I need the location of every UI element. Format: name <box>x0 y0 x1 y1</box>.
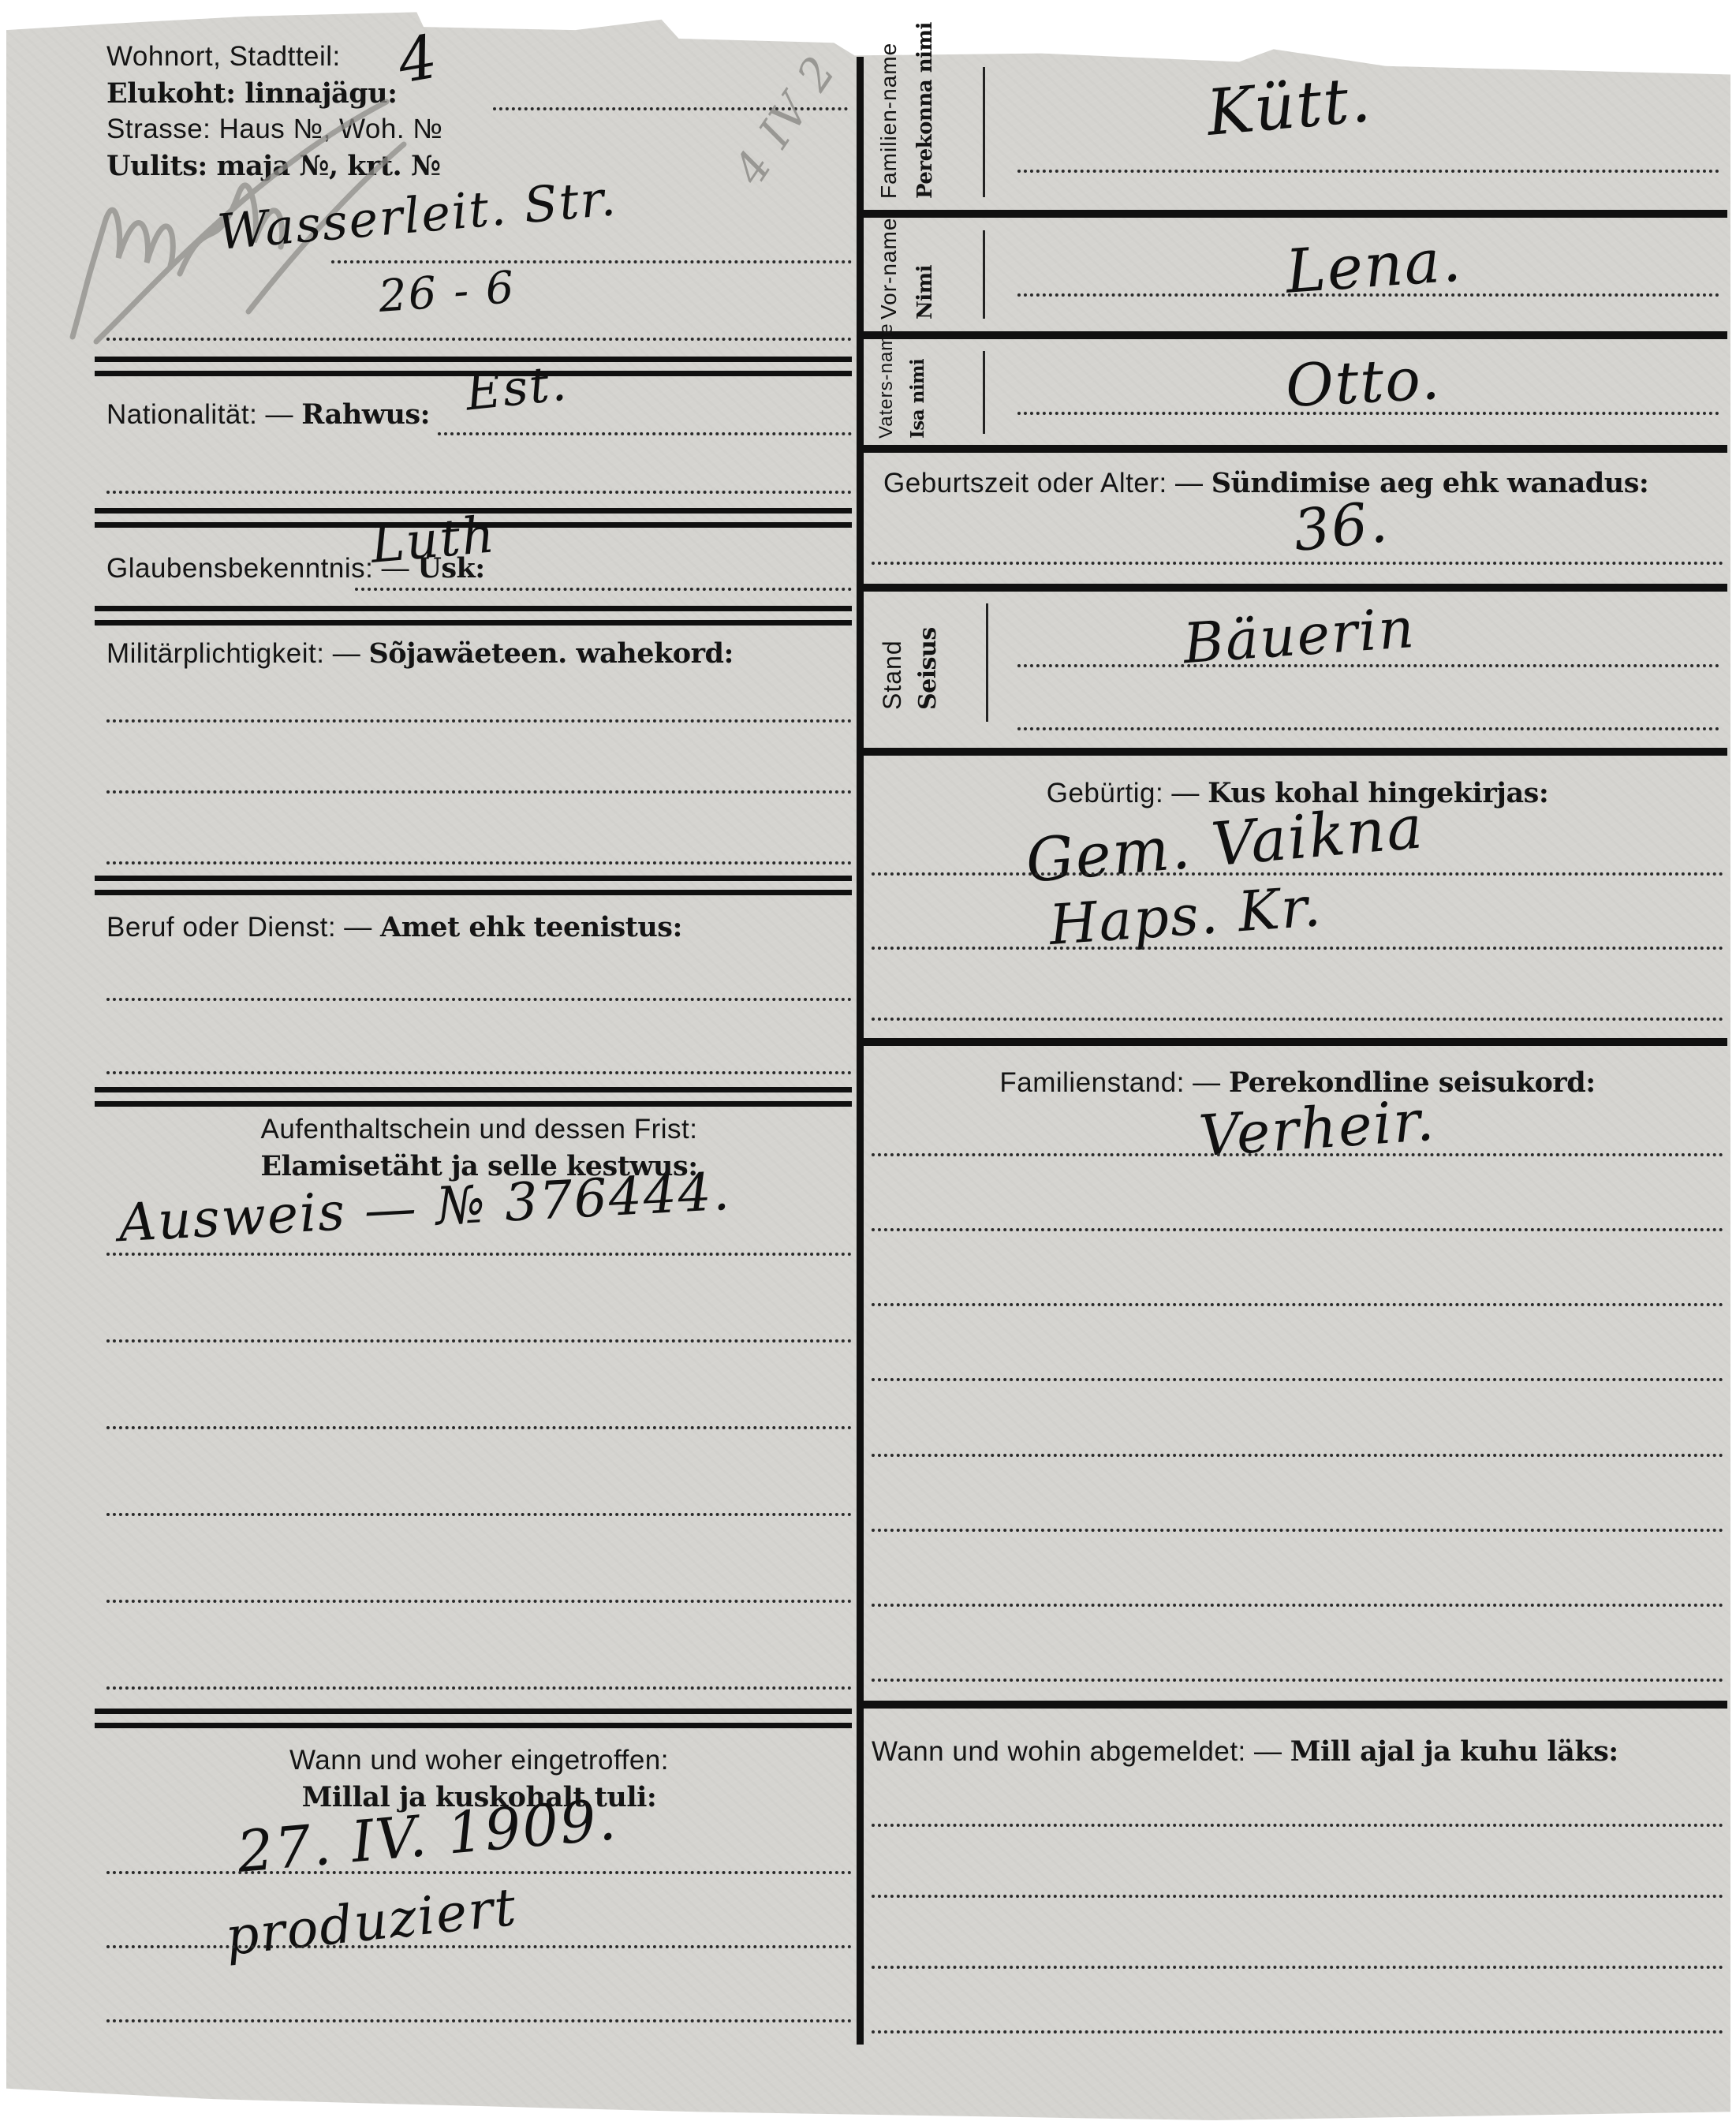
father-name-value: Otto. <box>1284 345 1443 420</box>
dotted-line <box>106 998 852 1001</box>
dotted-line <box>872 1378 1723 1381</box>
column-divider <box>857 57 864 2045</box>
dotted-line <box>1017 727 1719 730</box>
family-status-label: Familienstand: — Perekondline seisukord: <box>872 1066 1723 1099</box>
dotted-line <box>106 1686 852 1690</box>
estate-label: Stand Seisus <box>874 627 946 710</box>
dotted-line <box>106 338 852 341</box>
dotted-line <box>106 861 852 865</box>
dotted-line <box>106 2019 852 2022</box>
nationality-value: Est. <box>463 353 571 421</box>
section-rule <box>95 1101 852 1107</box>
dotted-line <box>872 1303 1723 1306</box>
dotted-line <box>106 491 852 494</box>
dotted-line <box>106 1071 852 1074</box>
section-rule <box>95 620 852 626</box>
dotted-line <box>872 1529 1723 1532</box>
section-rule <box>864 748 1727 756</box>
dotted-line <box>106 1513 852 1516</box>
dotted-line <box>1017 412 1719 415</box>
birth-value: 36. <box>1290 488 1392 564</box>
dotted-line <box>872 2030 1723 2034</box>
permit-label-de: Aufenthaltschein und dessen Frist: <box>106 1114 852 1145</box>
dotted-line <box>438 432 852 435</box>
label-divider-rule <box>983 230 985 319</box>
dotted-line <box>106 1426 852 1429</box>
section-rule <box>864 1701 1727 1709</box>
dotted-line <box>872 1679 1723 1682</box>
dotted-line <box>872 1966 1723 1969</box>
dotted-line <box>872 1153 1723 1156</box>
family-name-label: Familien-name Perekonna nimi <box>871 22 943 199</box>
label-divider-rule <box>986 603 988 722</box>
nationality-label: Nationalität: — Rahwus: <box>106 398 430 431</box>
section-rule <box>95 1723 852 1728</box>
section-rule <box>95 606 852 611</box>
dotted-line <box>1017 664 1719 667</box>
section-rule <box>864 331 1727 339</box>
section-rule <box>864 584 1727 592</box>
section-rule <box>864 210 1727 218</box>
father-name-label: Vaters-name Isa nimi <box>871 323 934 439</box>
dotted-line <box>1017 170 1719 173</box>
dotted-line <box>872 1018 1723 1021</box>
dotted-line <box>106 1871 852 1874</box>
dotted-line <box>106 1253 852 1256</box>
dotted-line <box>872 947 1723 950</box>
dotted-line <box>872 1228 1723 1231</box>
registration-card-scan: Wohnort, Stadtteil: Elukoht: linnajägu: … <box>0 0 1736 2125</box>
birth-label: Geburtszeit oder Alter: — Sündimise aeg … <box>883 467 1648 499</box>
section-rule <box>95 876 852 881</box>
dotted-line <box>106 719 852 723</box>
arrival-label-de: Wann und woher eingetroffen: <box>106 1745 852 1776</box>
dotted-line <box>872 1895 1723 1898</box>
religion-value: Luth <box>368 506 498 575</box>
label-divider-rule <box>983 67 985 197</box>
dotted-line <box>331 260 852 263</box>
military-label: Militärplichtigkeit: — Sõjawäeteen. wahe… <box>106 637 734 670</box>
section-rule <box>95 357 852 362</box>
dotted-line <box>106 1339 852 1343</box>
house-number-value: 26 - 6 <box>377 262 517 323</box>
dotted-line <box>872 562 1723 565</box>
dotted-line <box>106 790 852 794</box>
section-rule <box>95 1709 852 1714</box>
first-name-label: Vor-name Nimi <box>871 218 943 319</box>
dotted-line <box>872 1824 1723 1827</box>
section-rule <box>864 1038 1727 1046</box>
address-label-de1: Wohnort, Stadtteil: <box>106 41 341 73</box>
dotted-line <box>106 1945 852 1948</box>
dotted-line <box>106 1600 852 1603</box>
label-divider-rule <box>983 351 985 434</box>
dotted-line <box>355 588 852 591</box>
section-rule <box>95 890 852 895</box>
section-rule <box>864 445 1727 453</box>
family-name-value: Kütt. <box>1204 62 1375 150</box>
section-rule <box>95 1087 852 1092</box>
dotted-line <box>872 1604 1723 1607</box>
dotted-line <box>1017 293 1719 297</box>
occupation-label: Beruf oder Dienst: — Amet ehk teenistus: <box>106 911 682 943</box>
dotted-line <box>872 1454 1723 1457</box>
departure-label: Wann und wohin abgemeldet: — Mill ajal j… <box>872 1735 1618 1768</box>
